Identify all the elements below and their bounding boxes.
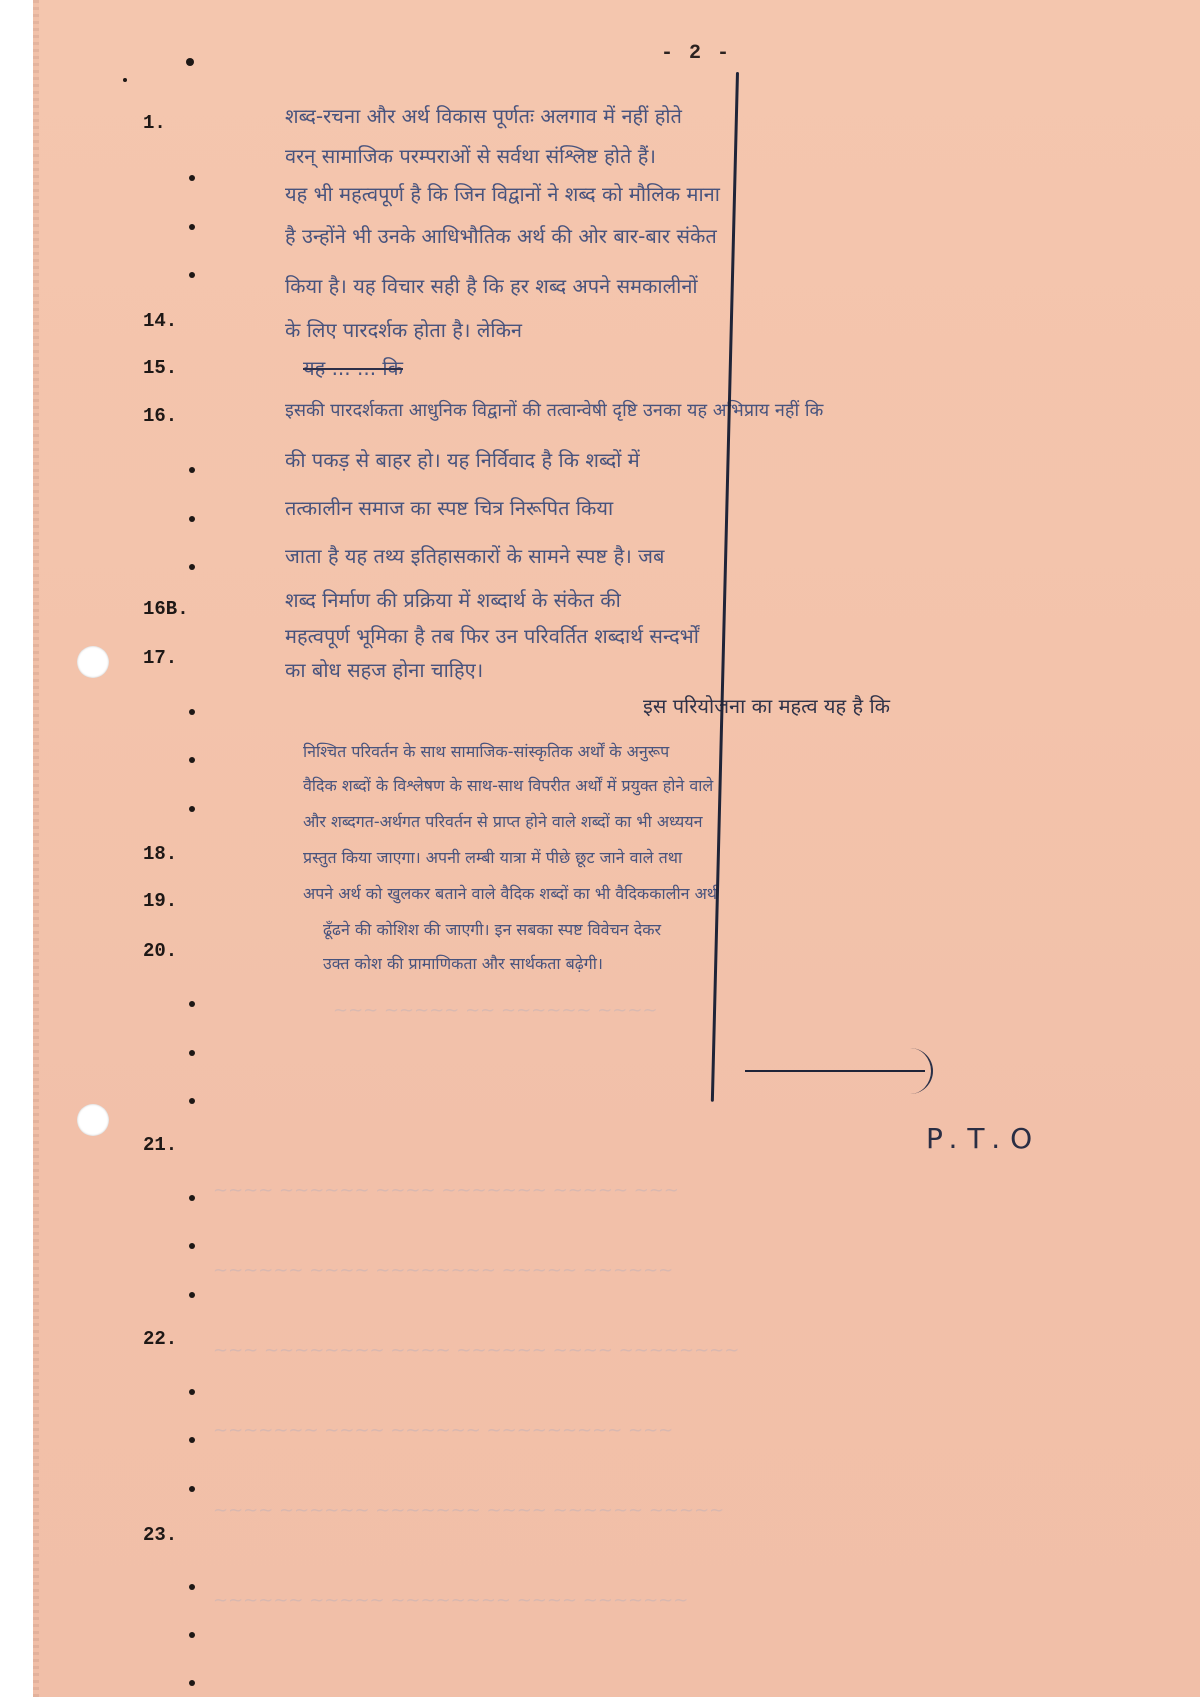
handwritten-line: जाता है यह तथ्य इतिहासकारों के सामने स्प… — [285, 542, 664, 569]
handwritten-line: की पकड़ से बाहर हो। यह निर्विवाद है कि श… — [285, 446, 640, 473]
pen-arrow-head — [891, 1048, 933, 1094]
handwritten-line: और शब्दगत-अर्थगत परिवर्तन से प्राप्त होन… — [303, 810, 703, 832]
margin-line-number: 23. — [143, 1524, 177, 1546]
margin-dot — [189, 1292, 195, 1298]
margin-dot — [189, 1050, 195, 1056]
margin-dot — [189, 1243, 195, 1249]
margin-line-number: 21. — [143, 1134, 177, 1156]
punch-hole-bottom — [77, 1104, 109, 1136]
margin-dot — [189, 564, 195, 570]
handwritten-line: का बोध सहज होना चाहिए। — [285, 656, 483, 683]
page-number: - 2 - — [661, 42, 731, 65]
handwritten-line: महत्वपूर्ण भूमिका है तब फिर उन परिवर्तित… — [285, 622, 699, 649]
handwritten-line: उक्त कोश की प्रामाणिकता और सार्थकता बढ़े… — [323, 952, 603, 974]
handwritten-line: है उन्होंने भी उनके आधिभौतिक अर्थ की ओर … — [285, 222, 717, 249]
margin-dot — [189, 272, 195, 278]
margin-dot — [189, 1001, 195, 1007]
handwritten-line: प्रस्तुत किया जाएगा। अपनी लम्बी यात्रा म… — [303, 846, 682, 868]
margin-dot — [189, 757, 195, 763]
margin-dot — [189, 1632, 195, 1638]
margin-dot — [189, 467, 195, 473]
margin-line-number: 19. — [143, 890, 177, 912]
margin-line-number: 1. — [143, 112, 166, 134]
margin-line-number: 16. — [143, 405, 177, 427]
margin-dot — [189, 1195, 195, 1201]
bleed-through-text: ~~~~ ~~~~~~ ~~~~~~~ ~~~~ ~~~~~~ ~~~~~ — [213, 1500, 724, 1521]
margin-line-number: 18. — [143, 843, 177, 865]
margin-dot — [189, 1437, 195, 1443]
margin-line-number: 14. — [143, 310, 177, 332]
margin-dot — [189, 709, 195, 715]
bleed-through-text: ~~~ ~~~~~ ~~ ~~~~~~ ~~~~ — [333, 1000, 658, 1021]
handwritten-line: वरन् सामाजिक परम्पराओं से सर्वथा संश्लिष… — [285, 142, 656, 169]
margin-line-number: 15. — [143, 357, 177, 379]
handwritten-line: के लिए पारदर्शक होता है। लेकिन — [285, 316, 522, 343]
margin-line-number: 22. — [143, 1328, 177, 1350]
handwritten-line: किया है। यह विचार सही है कि हर शब्द अपने… — [285, 272, 698, 299]
handwritten-line: इसकी पारदर्शकता आधुनिक विद्वानों की तत्व… — [285, 398, 823, 422]
bleed-through-text: ~~~~~~ ~~~~~ ~~~~~~~~ ~~~~ ~~~~~~~ — [213, 1590, 688, 1611]
margin-line-number: 17. — [143, 647, 177, 669]
margin-dot — [189, 1389, 195, 1395]
handwritten-line: यह भी महत्वपूर्ण है कि जिन विद्वानों ने … — [285, 180, 720, 207]
margin-dot — [189, 806, 195, 812]
handwritten-line: वैदिक शब्दों के विश्लेषण के साथ-साथ विपर… — [303, 774, 713, 796]
handwritten-line: अपने अर्थ को खुलकर बताने वाले वैदिक शब्द… — [303, 882, 717, 904]
punch-hole-top — [77, 646, 109, 678]
bleed-through-text: ~~~~ ~~~~~~ ~~~~ ~~~~~~~ ~~~~~ ~~~ — [213, 1180, 679, 1201]
margin-dot — [189, 224, 195, 230]
handwritten-line: शब्द-रचना और अर्थ विकास पूर्णतः अलगाव मे… — [285, 102, 682, 129]
handwritten-line: शब्द निर्माण की प्रक्रिया में शब्दार्थ क… — [285, 586, 621, 613]
margin-dot — [189, 175, 195, 181]
stray-mark — [186, 58, 194, 66]
margin-dot — [189, 1680, 195, 1686]
margin-dot — [189, 516, 195, 522]
bleed-through-text: ~~~ ~~~~~~~~ ~~~~ ~~~~~~ ~~~~ ~~~~~~~~ — [213, 1340, 739, 1361]
bleed-through-text: ~~~~~~~ ~~~~ ~~~~~~ ~~~~~~~~~ ~~~ — [213, 1420, 673, 1441]
margin-line-number: 16B. — [143, 598, 189, 620]
margin-dot — [189, 1486, 195, 1492]
handwritten-line: ढूँढने की कोशिश की जाएगी। इन सबका स्पष्ट… — [323, 918, 661, 940]
margin-dot — [189, 1584, 195, 1590]
stray-mark — [123, 78, 127, 82]
handwritten-line: निश्चित परिवर्तन के साथ सामाजिक-सांस्कृत… — [303, 740, 669, 762]
handwritten-line: इस परियोजना का महत्व यह है कि — [643, 692, 890, 719]
please-turn-over-note: P.T.O — [926, 1122, 1042, 1155]
bleed-through-text: ~~~~~~ ~~~~ ~~~~~~~~ ~~~~~ ~~~~~~ — [213, 1260, 673, 1281]
handwritten-line: तत्कालीन समाज का स्पष्ट चित्र निरूपित कि… — [285, 494, 613, 521]
struck-out-line: यह ... ... कि — [303, 354, 683, 381]
margin-line-number: 20. — [143, 940, 177, 962]
manuscript-page: - 2 - 1. 14. 15. 16. 16B. 17. 18. 19. 20… — [33, 0, 1200, 1697]
margin-dot — [189, 1098, 195, 1104]
